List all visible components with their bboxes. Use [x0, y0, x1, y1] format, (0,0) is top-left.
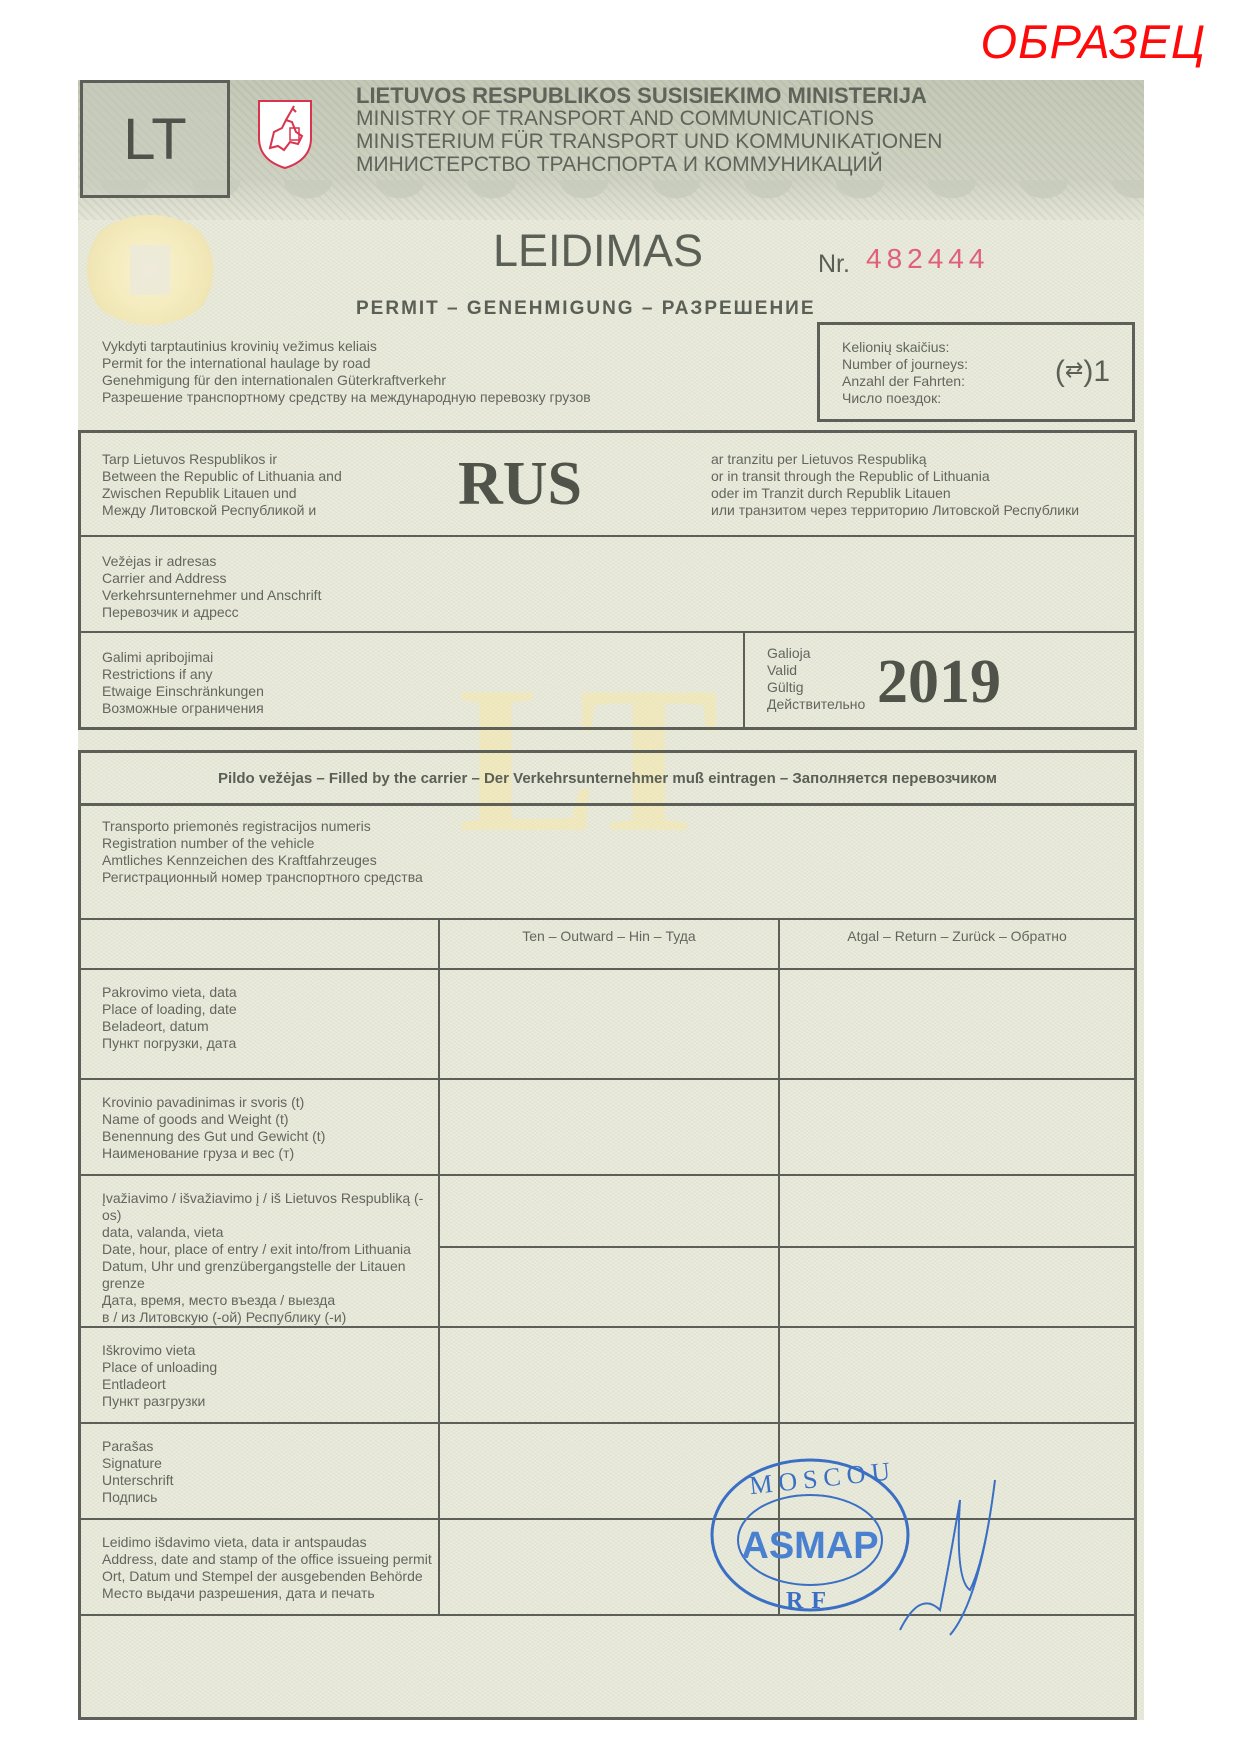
row-label-line: Krovinio pavadinimas ir svoris (t) [102, 1094, 438, 1111]
carrier-label-ru: Перевозчик и адресс [102, 604, 321, 621]
exit-outward-field[interactable] [439, 1247, 779, 1327]
row-label-line: data, valanda, vieta [102, 1224, 438, 1241]
validity-box: Galioja Valid Gültig Действительно 2019 [743, 631, 1136, 729]
journeys-label: Kelionių skaičius: Number of journeys: A… [842, 339, 968, 407]
signature-label: Parašas Signature Unterschrift Подпись [81, 1423, 439, 1519]
permit-description-ru: Разрешение транспортному средству на меж… [102, 389, 591, 406]
carrier-label-en: Carrier and Address [102, 570, 321, 587]
loading-label: Pakrovimo vieta, data Place of loading, … [81, 969, 439, 1079]
column-header-return: Atgal – Return – Zurück – Обратно [779, 920, 1134, 969]
permit-number: 482444 [866, 243, 989, 275]
table-row-entry-exit: Įvažiavimo / išvažiavimo į / iš Lietuvos… [81, 1175, 1134, 1247]
journeys-label-lt: Kelionių skaičius: [842, 339, 968, 356]
transit-label-lt: ar tranzitu per Lietuvos Respubliką [711, 451, 1079, 468]
permit-description-en: Permit for the international haulage by … [102, 355, 591, 372]
registration-label-de: Amtliches Kennzeichen des Kraftfahrzeuge… [102, 852, 423, 869]
row-label-line: Entladeort [102, 1376, 438, 1393]
row-label-line: Place of unloading [102, 1359, 438, 1376]
registration-label-ru: Регистрационный номер транспортного сред… [102, 869, 423, 886]
column-header-outward: Ten – Outward – Hin – Туда [439, 920, 779, 969]
goods-label: Krovinio pavadinimas ir svoris (t) Name … [81, 1079, 439, 1175]
unloading-outward-field[interactable] [439, 1327, 779, 1423]
row-label-line: Unterschrift [102, 1472, 438, 1489]
exit-return-field[interactable] [779, 1247, 1134, 1327]
row-label-line: Place of loading, date [102, 1001, 438, 1018]
permit-details-box: Tarp Lietuvos Respublikos ir Between the… [78, 430, 1137, 730]
validity-label-de: Gültig [767, 679, 865, 696]
row-label-line: Benennung des Gut und Gewicht (t) [102, 1128, 438, 1145]
loading-return-field[interactable] [779, 969, 1134, 1079]
stamp-bottom-text: RF [786, 1588, 834, 1614]
permit-description-lt: Vykdyti tarptautinius krovinių vežimus k… [102, 338, 591, 355]
row-label-line: Пункт погрузки, дата [102, 1035, 438, 1052]
permit-number-label: Nr. [818, 250, 850, 279]
carrier-label-de: Verkehrsunternehmer und Anschrift [102, 587, 321, 604]
table-header-empty [81, 920, 439, 969]
row-label-line: Signature [102, 1455, 438, 1472]
journeys-count: (⇄)1 [1055, 355, 1110, 389]
table-header-row: Ten – Outward – Hin – Туда Atgal – Retur… [81, 920, 1134, 969]
carrier-address-field[interactable]: Vežėjas ir adresas Carrier and Address V… [81, 535, 1134, 633]
transit-label-ru: или транзитом через территорию Литовской… [711, 502, 1079, 519]
transit-label: ar tranzitu per Lietuvos Respubliką or i… [711, 451, 1079, 519]
row-label-line: Пункт разгрузки [102, 1393, 438, 1410]
restrictions-label-ru: Возможные ограничения [102, 700, 264, 717]
unloading-label: Iškrovimo vieta Place of unloading Entla… [81, 1327, 439, 1423]
row-label-line: Beladeort, datum [102, 1018, 438, 1035]
transit-label-en: or in transit through the Republic of Li… [711, 468, 1079, 485]
round-trip-arrows-icon: ⇄ [1065, 357, 1083, 382]
journeys-label-de: Anzahl der Fahrten: [842, 373, 968, 390]
row-label-line: Address, date and stamp of the office is… [102, 1551, 438, 1568]
issuing-office-label: Leidimo išdavimo vieta, data ir antspaud… [81, 1519, 439, 1615]
country-code-box: LT [80, 80, 230, 198]
country-label-ru: Между Литовской Республикой и [102, 502, 342, 519]
row-label-line: Наименование груза и вес (т) [102, 1145, 438, 1162]
row-label-line: Datum, Uhr und grenzübergangstelle der L… [102, 1258, 438, 1292]
table-row-loading: Pakrovimo vieta, data Place of loading, … [81, 969, 1134, 1079]
restrictions-label-en: Restrictions if any [102, 666, 264, 683]
row-label-line: в / из Литовскую (-ой) Республику (-и) [102, 1309, 438, 1326]
transit-label-de: oder im Tranzit durch Republik Litauen [711, 485, 1079, 502]
stamp-top-text: MOSCOU [748, 1456, 897, 1500]
carrier-section-heading: Pildo vežėjas – Filled by the carrier – … [81, 753, 1134, 806]
row-label-line: Parašas [102, 1438, 438, 1455]
registration-label-lt: Transporto priemonės registracijos numer… [102, 818, 423, 835]
vehicle-registration-label: Transporto priemonės registracijos numer… [102, 818, 423, 886]
restrictions-row: Galimi apribojimai Restrictions if any E… [81, 631, 1134, 729]
journeys-value: 1 [1093, 355, 1110, 388]
vytis-coat-of-arms-icon [256, 98, 314, 170]
country-row-label: Tarp Lietuvos Respublikos ir Between the… [102, 451, 342, 519]
goods-return-field[interactable] [779, 1079, 1134, 1175]
row-label-line: Pakrovimo vieta, data [102, 984, 438, 1001]
country-label-de: Zwischen Republik Litauen und [102, 485, 342, 502]
document-title: LEIDIMAS [493, 225, 703, 277]
entry-outward-field[interactable] [439, 1175, 779, 1247]
permit-description: Vykdyti tarptautinius krovinių vežimus k… [102, 338, 591, 406]
vehicle-registration-field[interactable]: Transporto priemonės registracijos numer… [81, 806, 1134, 920]
row-label-line: Date, hour, place of entry / exit into/f… [102, 1241, 438, 1258]
ministry-name: LIETUVOS RESPUBLIKOS SUSISIEKIMO MINISTE… [356, 84, 942, 176]
validity-label: Galioja Valid Gültig Действительно [767, 645, 865, 713]
row-label-line: Leidimo išdavimo vieta, data ir antspaud… [102, 1534, 438, 1551]
ministry-name-en: MINISTRY OF TRANSPORT AND COMMUNICATIONS [356, 107, 942, 130]
permit-description-de: Genehmigung für den internationalen Güte… [102, 372, 591, 389]
country-label-lt: Tarp Lietuvos Respublikos ir [102, 451, 342, 468]
entry-exit-label: Įvažiavimo / išvažiavimo į / iš Lietuvos… [81, 1175, 439, 1327]
asmap-stamp-icon: MOSCOU ASMAP RF [700, 1440, 1000, 1640]
restrictions-label: Galimi apribojimai Restrictions if any E… [102, 649, 264, 717]
goods-outward-field[interactable] [439, 1079, 779, 1175]
country-row: Tarp Lietuvos Respublikos ir Between the… [81, 433, 1134, 537]
sample-watermark-label: ОБРАЗЕЦ [981, 14, 1206, 69]
journeys-label-en: Number of journeys: [842, 356, 968, 373]
validity-year: 2019 [877, 647, 1001, 718]
row-label-line: Ort, Datum und Stempel der ausgebenden B… [102, 1568, 438, 1585]
ministry-name-lt: LIETUVOS RESPUBLIKOS SUSISIEKIMO MINISTE… [356, 84, 942, 107]
table-row-unloading: Iškrovimo vieta Place of unloading Entla… [81, 1327, 1134, 1423]
validity-label-ru: Действительно [767, 696, 865, 713]
ministry-name-de: MINISTERIUM FÜR TRANSPORT UND KOMMUNIKAT… [356, 130, 942, 153]
journeys-label-ru: Число поездок: [842, 390, 968, 407]
validity-label-en: Valid [767, 662, 865, 679]
row-label-line: Дата, время, место въезда / выезда [102, 1292, 438, 1309]
ministry-name-ru: МИНИСТЕРСТВО ТРАНСПОРТА И КОММУНИКАЦИЙ [356, 153, 942, 176]
row-label-line: Įvažiavimo / išvažiavimo į / iš Lietuvos… [102, 1190, 438, 1224]
carrier-label-lt: Vežėjas ir adresas [102, 553, 321, 570]
row-label-line: Место выдачи разрешения, дата и печать [102, 1585, 438, 1602]
unloading-return-field[interactable] [779, 1327, 1134, 1423]
validity-label-lt: Galioja [767, 645, 865, 662]
entry-return-field[interactable] [779, 1175, 1134, 1247]
hologram-icon [80, 215, 220, 325]
country-label-en: Between the Republic of Lithuania and [102, 468, 342, 485]
row-label-line: Iškrovimo vieta [102, 1342, 438, 1359]
restrictions-label-de: Etwaige Einschränkungen [102, 683, 264, 700]
registration-label-en: Registration number of the vehicle [102, 835, 423, 852]
stamp-center-text: ASMAP [741, 1525, 878, 1567]
restrictions-label-lt: Galimi apribojimai [102, 649, 264, 666]
carrier-address-label: Vežėjas ir adresas Carrier and Address V… [102, 553, 321, 621]
destination-country-code: RUS [458, 449, 582, 520]
document-subtitle: PERMIT – GENEHMIGUNG – РАЗРЕШЕНИЕ [356, 298, 816, 320]
journeys-box: Kelionių skaičius: Number of journeys: A… [817, 322, 1135, 422]
row-label-line: Подпись [102, 1489, 438, 1506]
table-row-goods: Krovinio pavadinimas ir svoris (t) Name … [81, 1079, 1134, 1175]
handwritten-signature-icon [900, 1480, 995, 1635]
row-label-line: Name of goods and Weight (t) [102, 1111, 438, 1128]
loading-outward-field[interactable] [439, 969, 779, 1079]
